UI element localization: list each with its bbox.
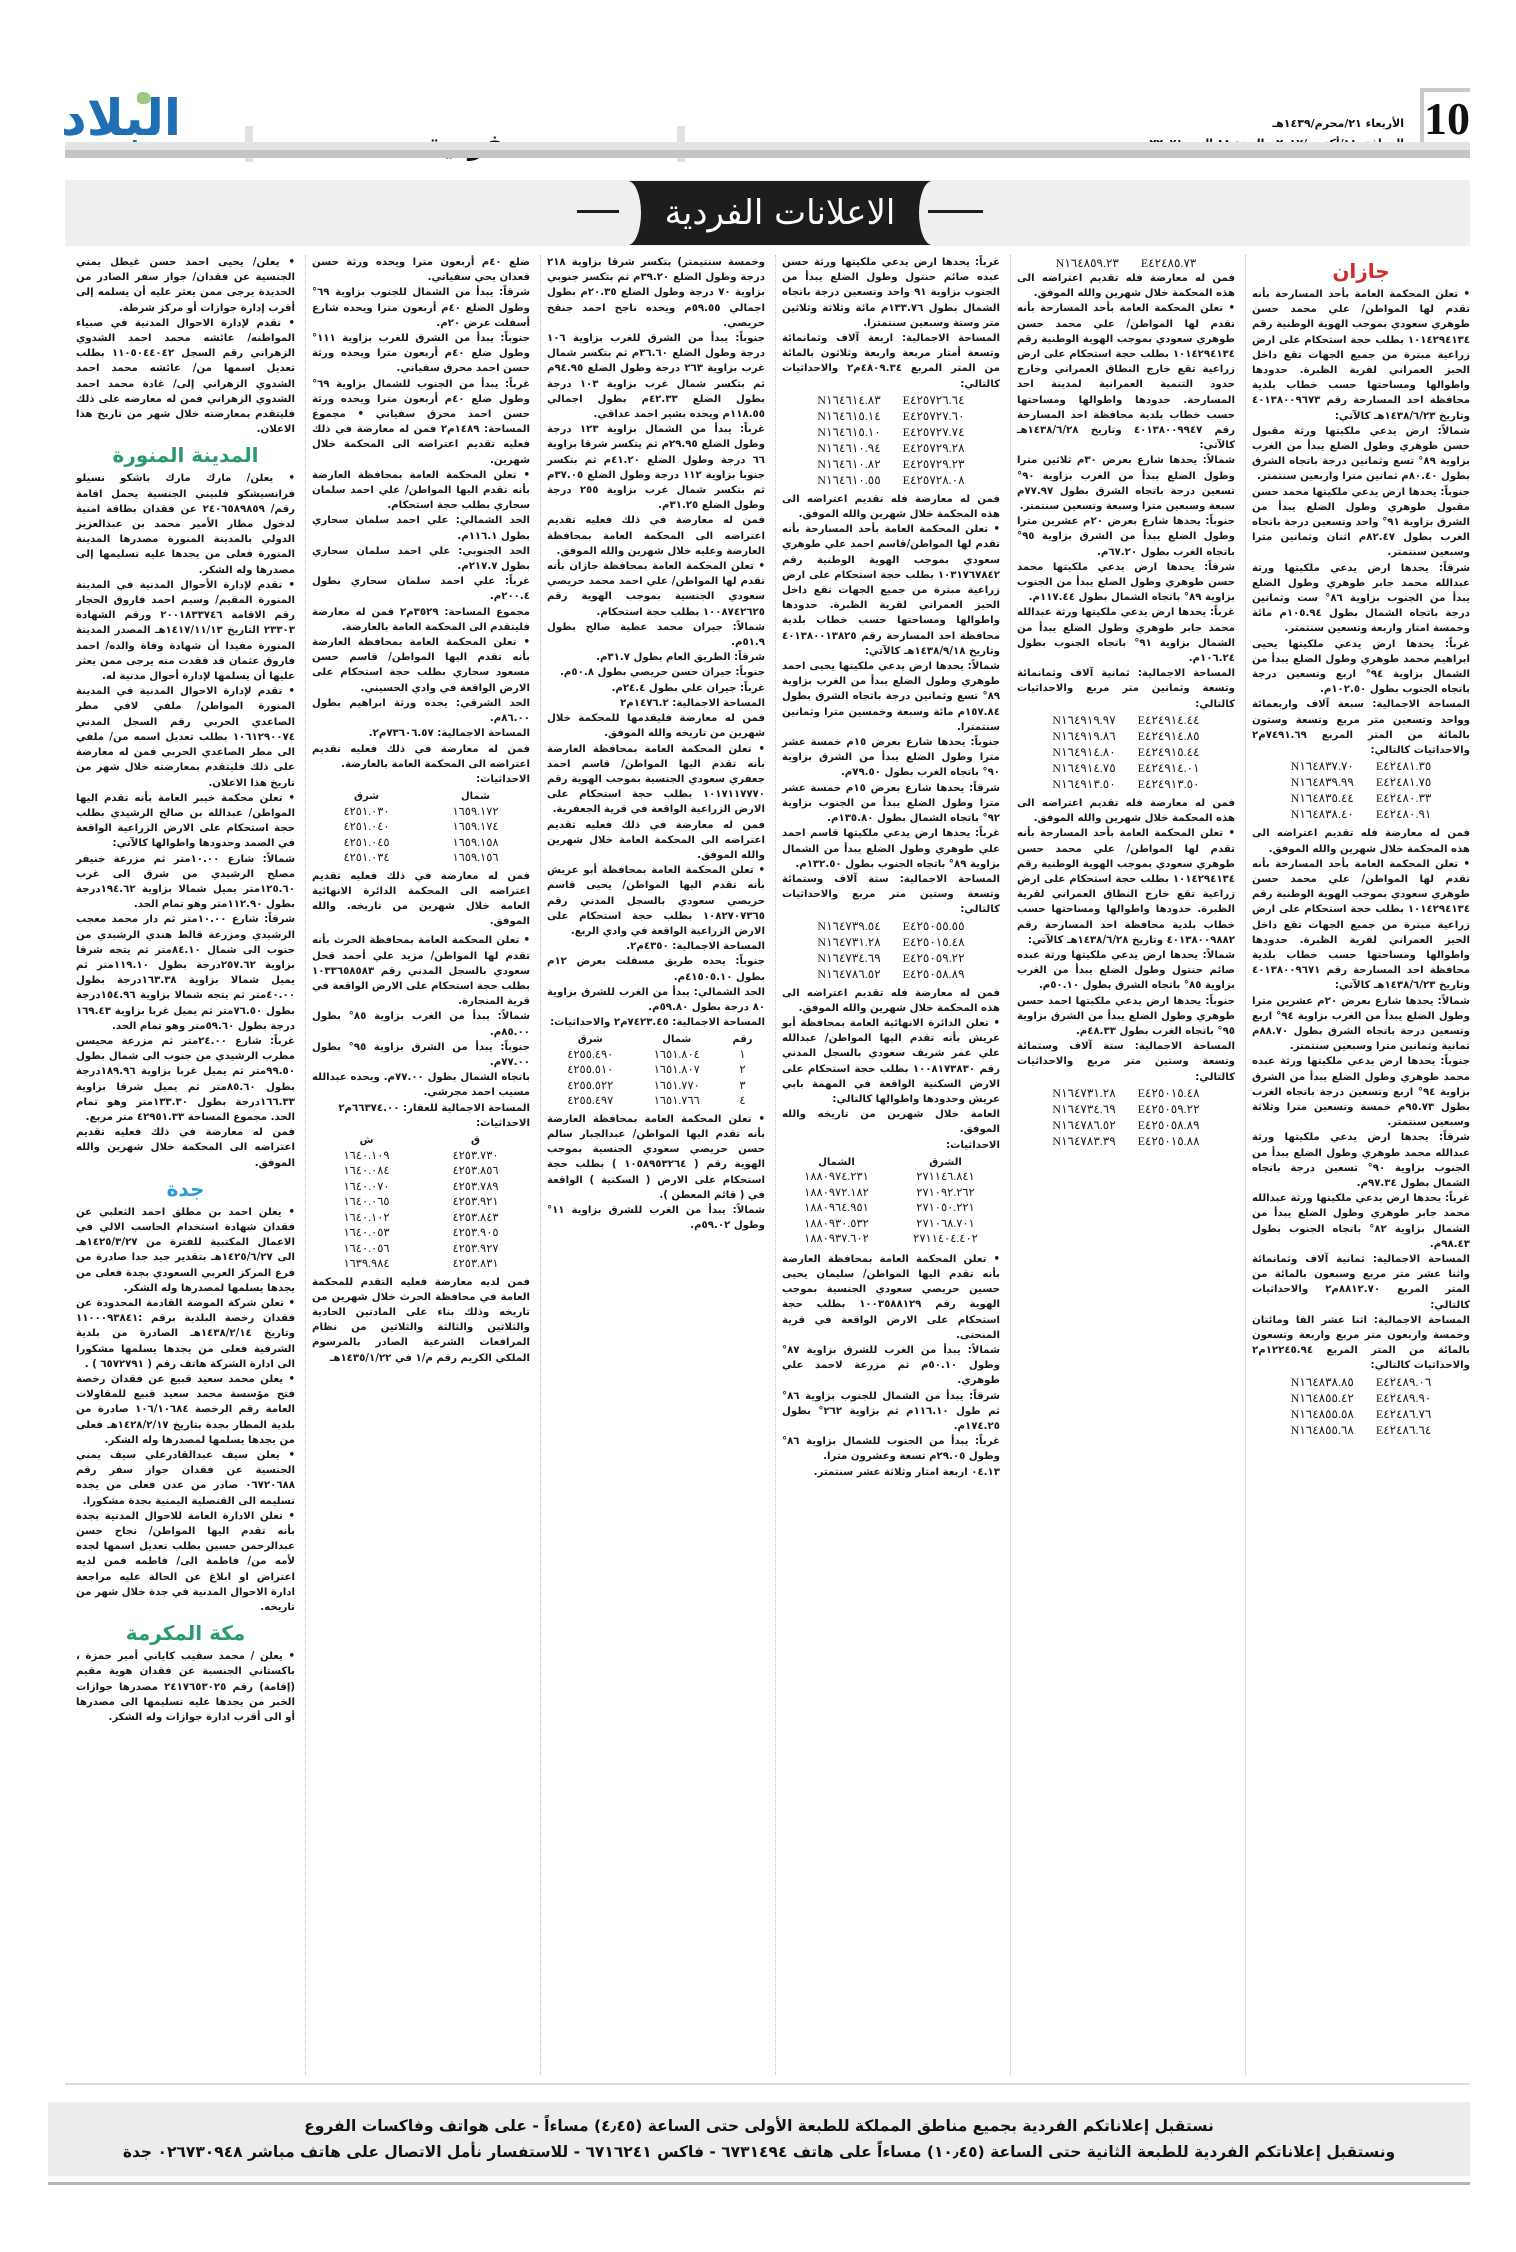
ad-text: جنوباً: يبدأ من الشرق بزاوية ٩٥° بطول ٧٧… (312, 1040, 530, 1070)
header-rule (65, 142, 1470, 150)
ad-text: فمن له معارضة في ذلك فعليه تقديم اعتراضه… (547, 513, 765, 559)
ad-text: المساحة الاجمالية: اثنا عشر الفا ومائتان… (1252, 1313, 1470, 1374)
coordinate-row: N١٦٤٨٣٥.٤٤E٤٢٤٨٠.٣٣ (1252, 790, 1470, 806)
region-heading-jeddah: جدة (76, 1175, 295, 1203)
ad-item: فمن له معارضة فله تقديم اعتراضه الى هذه … (1017, 796, 1235, 1149)
ad-item: فمن له معارضة فله تقديم اعتراضه الى هذه … (782, 986, 1000, 1248)
ad-item: يعلن/ يحيى احمد حسن غيطل يمني الجنسية عن… (76, 255, 295, 437)
ad-text: غرباً: يحدها ارض يدعي ملكيتها ورثة حسن ع… (782, 255, 1000, 331)
coordinate-row: N١٦٤٩١٤.٧٥E٤٢٤٩١٤.٠١ (1017, 760, 1235, 776)
coordinate-row: N١٦٤٨٣٩.٩٩E٤٢٤٨١.٧٥ (1252, 774, 1470, 790)
ad-text: شرقاً: يحدها ارض يدعي ملكيتها محمد حسن ط… (1017, 560, 1235, 606)
coordinate-row: N١٦٤٦١٠.٨٢E٤٢٥٧٢٩.٢٣ (782, 456, 1000, 472)
footer-bottom-rule (48, 2182, 1470, 2185)
ad-text: فمن له معارضة فليقدمها للمحكمة خلال شهري… (547, 711, 765, 741)
ad-text: شرقاً: الطريق العام بطول ٣١.٧م. (547, 650, 765, 665)
coordinate-row: N١٦٤٧٣٩.٥٤E٤٢٥٠٥٥.٥٥ (782, 918, 1000, 934)
ad-text: غرباً: شارع ٢٤.٠٠متر ثم مزرعة محيسن مطرب… (76, 1034, 295, 1125)
coordinates-table: قش ٤٢٥٣.٧٣٠١٦٤٠.١٠٩ ٤٢٥٣.٨٥٦١٦٤٠.٠٨٤ ٤٢٥… (312, 1133, 530, 1273)
ad-text: تقدم لإدارة الاحوال المدنية في صبياء الم… (76, 316, 295, 438)
footer-line-second-edition: ونستقبل إعلاناتكم الفردية للطبعة الثانية… (48, 2139, 1470, 2165)
coordinates-table: رقمشمالشرق ١١٦٥١.٨٠٤٤٢٥٥.٤٩٠ ٢١٦٥١.٨٠٧٤٢… (547, 1032, 765, 1110)
footer-top-rule (65, 2083, 1470, 2085)
coordinate-row: N١٦٤٧٣١.٢٨E٤٢٥٠١٥.٤٨ (782, 934, 1000, 950)
ad-text: الاحداثيات: (782, 1138, 1000, 1153)
ad-text: الحد الشمالي: يبدأ من الغرب للشرق بزاوية… (547, 985, 765, 1015)
ad-text: المساحة الاجمالية: سبعة آلاف واربعمائة و… (1252, 697, 1470, 758)
ad-text: ٠٤.١٣ اربعة امتار وثلاثة عشر سنتمتر. (782, 1465, 1000, 1480)
coordinate-row: N١٦٤٨٣٨.٨٥E٤٢٤٨٩.٠٦ (1252, 1374, 1470, 1390)
column-1: جازان تعلن المحكمة العامة بأحد المسارحة … (1245, 255, 1470, 2075)
ad-text: شمالاً: يحدها ارض يدعي ملكيتها ورثة عبده… (1017, 948, 1235, 994)
ad-text: وخمسة سنتيمتر) بتكسر شرقا بزاوية ٢١٨ درج… (547, 255, 765, 331)
column-2: N١٦٤٨٥٩.٢٣E٤٢٤٨٥.٧٣ فمن له معارضة فله تق… (1010, 255, 1235, 2075)
region-heading-makkah: مكة المكرمة (76, 1619, 295, 1647)
ad-text: ضلع ٤٠م أربعون مترا ويحده ورثة حسن قعدان… (312, 255, 530, 285)
ad-text: شمالاً: يبدأ من الغرب بزاوية ٨٥° بطول ٨٥… (312, 1009, 530, 1039)
ad-text: الاحداثيات: (312, 1116, 530, 1131)
ad-text: فمن له معارضة فله تقديم اعتراضه الى هذه … (1017, 796, 1235, 826)
page-number-box: 10 (1420, 88, 1470, 144)
ad-text: جنوباً: يحدها ارض يدعي ملكيتها ورثة عبده… (1252, 1054, 1470, 1130)
column-3: غرباً: يحدها ارض يدعي ملكيتها ورثة حسن ع… (775, 255, 1000, 2075)
ad-text: تعلن المحكمة العامة بأحد المسارحة بأنه ت… (1252, 287, 1470, 424)
ad-text: فمن له معارضة فله تقديم اعتراضه الى هذه … (782, 986, 1000, 1016)
coordinate-row: N١٦٤٦١٠.٩٤E٤٢٥٧٢٩.٢٨ (782, 440, 1000, 456)
ad-text: تعلن المحكمة العامة بمحافظة الحرث بأنه ت… (312, 933, 530, 1009)
coordinate-row: N١٦٤٨٣٨.٤٠E٤٢٤٨٠.٩١ (1252, 806, 1470, 822)
ad-item: تعلن المحكمة العامة بمحافظة العارضة بأنه… (782, 1252, 1000, 1480)
ad-text: يعلن/ مارك مارك باشكو نسيلو فرانسيشكو فل… (76, 471, 295, 577)
coordinate-row: N١٦٤٧٨٦.٥٢E٤٢٥٠٥٨.٨٩ (782, 966, 1000, 982)
coordinate-row: N١٦٤٩١٩.٩٧E٤٢٤٩١٤.٤٤ (1017, 712, 1235, 728)
ad-text: يعلن محمد سعيد قبيع عن فقدان رخصة فتح مؤ… (76, 1372, 295, 1448)
submission-info-footer: نستقبل إعلاناتكم الفردية بجميع مناطق الم… (48, 2102, 1470, 2176)
ad-text: المساحة الاجمالية: ٧٣٦٠٦.٥٧م٢. (312, 726, 530, 741)
ad-text: المساحة الاجمالية: ١٤٧٦.٢م٢ (547, 696, 765, 711)
ad-text: شمالاً: يبدأ من الغرب للشرق بزاوية ١١° و… (547, 1203, 765, 1233)
ad-text: تعلن الدائرة الانهائية العامة بمحافظة أب… (782, 1016, 1000, 1107)
ad-text: تقدم لإدارة الأحوال المدنية في المدينة ا… (76, 578, 295, 684)
ad-text: فمن له معارضة فله تقديم اعتراضه الى هذه … (1252, 826, 1470, 856)
ad-text: الحد الشمالي: علي احمد سلمان سحاري بطول … (312, 513, 530, 543)
ad-text: المساحة الاجمالية للعقار: ٦٦٣٧٤.٠٠م٢ (312, 1101, 530, 1116)
coordinate-row: N١٦٤٨٥٥.٥٨E٤٢٤٨٦.٧٦ (1252, 1406, 1470, 1422)
coordinate-row: N١٦٤٩١٩.٨٦E٤٢٤٩١٤.٨٥ (1017, 728, 1235, 744)
region-heading-jazan: جازان (1252, 257, 1470, 285)
column-4: وخمسة سنتيمتر) بتكسر شرقا بزاوية ٢١٨ درج… (540, 255, 765, 2075)
ad-text: شمالاً: جيران محمد عطية صالح بطول ٥١.٩م. (547, 620, 765, 650)
coordinate-row: N١٦٤٦١٥.١٤E٤٢٥٧٢٧.٦٠ (782, 408, 1000, 424)
coordinate-row: N١٦٤٧٨٦.٥٢E٤٢٥٠٥٨.٨٩ (1017, 1117, 1235, 1133)
ad-text: فمن له معارضة في ذلك فعليه تقديم اعتراضه… (312, 869, 530, 930)
ad-text: جنوباً: يحدها ارض يدعي ملكيتها محمد حسن … (1252, 485, 1470, 561)
ad-text: شرقاً: يحدها ارض يدعي ملكيتها ورثة عبدال… (1252, 1130, 1470, 1191)
ad-text: يعلن سيف عبدالقادرعلي سيف يمني الجنسية ع… (76, 1448, 295, 1509)
ad-text: جنوباً: يحدها شارع بعرض ١٥م خمسة عشر متر… (782, 735, 1000, 781)
coordinate-row: N١٦٤٩١٣.٥٠E٤٢٤٩١٣.٥٠ (1017, 776, 1235, 792)
ad-text: المساحة الاجمالية: ٧٤٢٣.٤٥م٢ والاحداثيات… (547, 1015, 765, 1030)
ad-item: غرباً: يحدها ارض يدعي ملكيتها ورثة حسن ع… (782, 255, 1000, 488)
footer-line-first-edition: نستقبل إعلاناتكم الفردية بجميع مناطق الم… (48, 2113, 1470, 2139)
ad-text: تعلن المحكمة العامة بأحد المسارحة بأنه ت… (1017, 826, 1235, 948)
ad-text: يعلن/ يحيى احمد حسن غيطل يمني الجنسية عن… (76, 255, 295, 316)
logo-text: البلاد (61, 89, 181, 147)
ad-text: شمالاً: شارع ١٠.٠٠متر ثم مزرعة خنيفر مصل… (76, 852, 295, 913)
ad-text: شمالاً: ارض يدعي ملكيتها ورثة مقبول حسن … (1252, 424, 1470, 485)
coordinate-row: N١٦٤٦١٤.٨٣E٤٢٥٧٢٦.٦٤ (782, 392, 1000, 408)
ad-item: فمن له معارضة فله تقديم اعتراضه الى هذه … (1017, 271, 1235, 792)
ad-text: شمالاً: يحدها ارض يدعي ملكيتها يحيى احمد… (782, 659, 1000, 735)
ad-text: شرقاً: يبدأ من الشمال للجنوب بزاوية ٨٦° … (782, 1389, 1000, 1435)
ad-text: فمن لديه معارضة فعليه التقدم للمحكمة الع… (312, 1275, 530, 1366)
ad-text: تعلن المحكمة العامة بمحافظة جازان بأنه ت… (547, 559, 765, 620)
ad-text: فمن له معارضة فله تقديم اعتراضه الى هذه … (782, 492, 1000, 522)
ad-text: تعلن الادارة العامة للاحوال المدنية بجدة… (76, 1509, 295, 1615)
coordinate-row: N١٦٤٩١٤.٨٠E٤٢٤٩١٥.٤٤ (1017, 744, 1235, 760)
coordinate-row: N١٦٤٦١٥.١٠E٤٢٥٧٢٧.٧٤ (782, 424, 1000, 440)
coordinate-row: N١٦٤٧٣٤.٦٩E٤٢٥٠٥٩.٢٢ (782, 950, 1000, 966)
ad-text: تعلن المحكمة العامة بمحافظة أبو عريش بأن… (547, 863, 765, 939)
ad-text: يعلن احمد بن مطلق احمد الثعلبي عن فقدان … (76, 1205, 295, 1296)
newspaper-logo[interactable]: البلاد (71, 88, 181, 148)
ad-text: المساحة الاجمالية: ثمانية آلاف وثمانمائة… (1017, 666, 1235, 712)
ad-item: تعلن المحكمة العامة بمحافظة الحرث بأنه ت… (312, 933, 530, 1365)
coordinate-row: N١٦٤٧٣٤.٦٩E٤٢٥٠٥٩.٢٢ (1017, 1101, 1235, 1117)
header-rule-dark (65, 150, 1470, 158)
ad-text: تعلن المحكمة العامة بأحد المسارحة بأنه ت… (1017, 301, 1235, 453)
ad-text: شرقاً: يحدها شارع بعرض ١٥م خمسة عشر مترا… (782, 781, 1000, 827)
banner-title: الاعلانات الفردية (665, 193, 896, 233)
ad-item: يعلن / محمد سقيب كاياني أمير حمزة ، باكس… (76, 1649, 295, 1725)
ad-text: شمالاً: يحدها شارع بعرض ٢٠م عشرين مترا و… (1252, 994, 1470, 1055)
coordinate-row: N١٦٤٦١٠.٥٥E٤٢٥٧٢٨.٠٨ (782, 472, 1000, 488)
ad-text: فمن له معارضة فله تقديم اعتراضه الى هذه … (1017, 271, 1235, 301)
ad-text: غرباً: يبدأ من الشمال بزاوية ١٢٣ درجة وط… (547, 422, 765, 513)
ad-item: وخمسة سنتيمتر) بتكسر شرقا بزاوية ٢١٨ درج… (547, 255, 765, 1233)
ad-text: فمن له معارضة في ذلك فعليه تقديم اعتراضه… (547, 818, 765, 864)
ad-text: غرباً: يحدها ارض يدعي ملكيتها ورثة عبدال… (1017, 605, 1235, 666)
ad-text: غرباً: يحدها ارض يدعي ملكيتها ورثة عبدال… (1252, 1191, 1470, 1252)
ad-text: الاحداثيات: (312, 772, 530, 787)
ad-text: جنوباً: يحدها ارض يدعي ملكيتها احمد حسن … (1017, 994, 1235, 1040)
ad-text: فمن له معارضة في ذلك فعليه تقديم اعتراضه… (76, 1125, 295, 1171)
ad-item: فمن له معارضة فله تقديم اعتراضه الى هذه … (1252, 826, 1470, 1437)
date-hijri: الأربعاء ٢١/محرم/١٤٣٩هـ (1149, 114, 1404, 134)
ad-text: جنوباً: يبدأ من الشرق للغرب بزاوية ١٠٦ د… (547, 331, 765, 422)
ad-text: المساحة الاجمالية: اربعة آلاف وثمانمائة … (782, 331, 1000, 392)
ad-text: فمن له معارضة في ذلك فعليه تقديم اعتراضه… (312, 742, 530, 772)
region-heading-madinah: المدينة المنورة (76, 441, 295, 469)
banner-ornament-left (619, 181, 641, 245)
ad-text: جنوباً: جيران حسن حريصي بطول ٥٠.٨م. (547, 665, 765, 680)
ad-item: يعلن/ مارك مارك باشكو نسيلو فرانسيشكو فل… (76, 471, 295, 1170)
column-5: ضلع ٤٠م أربعون مترا ويحده ورثة حسن قعدان… (305, 255, 530, 2075)
ad-text: شرقاً: شارع ١٠.٠٠متر ثم دار محمد معجب ال… (76, 912, 295, 1034)
classifieds-columns: جازان تعلن المحكمة العامة بأحد المسارحة … (65, 255, 1470, 2075)
ad-text: شمالاً: يحدها شارع بعرض ٣٠م ثلاثين مترا … (1017, 453, 1235, 514)
ad-text: غرباً: جيران علي بطول ٢٤.٤م. (547, 681, 765, 696)
ad-text: تعلن المحكمة العامة بمحافظة العارضة بأنه… (547, 742, 765, 818)
ad-text: العامة خلال شهرين من تاريخه والله الموفق… (782, 1107, 1000, 1137)
coordinates-table: الشرقالشمال ٢٧١١٤٦.٨٤١١٨٨٠٩٧٤.٢٣١ ٢٧١٠٩٢… (782, 1155, 1000, 1248)
ad-text: تعلن المحكمة العامة بمحافظة العارضة بأنه… (312, 468, 530, 514)
ad-text: شرقاً: يبدأ من الشمال للجنوب بزاوية ٦٩° … (312, 285, 530, 331)
saudi-map-icon (137, 92, 151, 104)
ad-text: غرباً: يبدأ من الجنوب للشمال بزاوية ٦٩° … (312, 377, 530, 468)
ad-item: ضلع ٤٠م أربعون مترا ويحده ورثة حسن قعدان… (312, 255, 530, 929)
ad-text: يعلن / محمد سقيب كاياني أمير حمزة ، باكس… (76, 1649, 295, 1725)
ad-text: جنوباً: يحدها شارع بعرض ٢٠م عشرين مترا و… (1017, 514, 1235, 560)
classifieds-banner: الاعلانات الفردية (625, 181, 935, 245)
ad-text: الحد الشرقي: يحده ورثة ابراهيم بطول ٨٦.٠… (312, 696, 530, 726)
ad-text: المساحة الاجمالية: ستة آلاف وستمائة وتسع… (782, 872, 1000, 918)
page-number: 10 (1424, 92, 1470, 145)
ad-text: المساحة الاجمالية: ثمانية آلاف وثمانمائة… (1252, 1252, 1470, 1313)
ad-text: المساحة الاجمالية: ٤٣٥٠م٢. (547, 939, 765, 954)
ad-text: باتجاه الشمال بطول ٧٧.٠٠م. ويحده عبدالله… (312, 1070, 530, 1100)
coordinate-row: N١٦٤٧٨٣.٣٩E٤٢٥٠١٥.٨٨ (1017, 1133, 1235, 1149)
ad-item: فمن له معارضة فله تقديم اعتراضه الى هذه … (782, 492, 1000, 982)
ad-text: تعلن المحكمة العامة بأحد المسارحة بأنه ت… (1252, 857, 1470, 994)
ad-text: شمالاً: يبدأ من الغرب للشرق بزاوية ٨٧° و… (782, 1343, 1000, 1389)
ad-text: غرباً: يحدها ارض يدعي ملكيتها قاسم احمد … (782, 826, 1000, 872)
ad-text: شرقاً: يحدها ارض يدعي ملكيتها ورثة عبدال… (1252, 561, 1470, 637)
ad-item: تعلن المحكمة العامة بأحد المسارحة بأنه ت… (1252, 287, 1470, 822)
ad-text: جنوباً: يحده طريق مسفلت بعرض ١٢م بطول ٤١… (547, 954, 765, 984)
ad-text: تعلن المحكمة العامة بمحافظة العارضة بأنه… (782, 1252, 1000, 1343)
ad-text: تعلن المحكمة العامة بأحد المسارحة بأنه ت… (782, 522, 1000, 659)
ad-text: مجموع المساحة: ٣٥٢٩م٢ فمن له معارضة فليت… (312, 605, 530, 635)
ad-item: يعلن احمد بن مطلق احمد الثعلبي عن فقدان … (76, 1205, 295, 1615)
coordinate-row: N١٦٤٧٣١.٢٨E٤٢٥٠١٥.٤٨ (1017, 1085, 1235, 1101)
ad-text: جنوباً: يبدأ من الشرق للغرب بزاوية ١١١° … (312, 331, 530, 377)
ad-text: تعلن شركة الموضة القادمة المحدودة عن فقد… (76, 1296, 295, 1372)
column-6: يعلن/ يحيى احمد حسن غيطل يمني الجنسية عن… (70, 255, 295, 2075)
ad-text: تعلن المحكمة العامة بمحافظة العارضة بأنه… (312, 635, 530, 696)
ad-text: غرباً: يحدها ارض يدعي ملكيتها يحيى ابراه… (1252, 637, 1470, 698)
coordinate-row: N١٦٤٨٥٩.٢٣E٤٢٤٨٥.٧٣ (1017, 255, 1235, 271)
ad-text: تعلن محكمة خيبر العامة بأنه تقدم اليها ا… (76, 791, 295, 852)
ad-text: تقدم لإدارة الاحوال المدنية في المدينة ا… (76, 684, 295, 790)
ad-text: الحد الجنوبي: علي احمد سلمان سحاري بطول … (312, 544, 530, 574)
coordinate-row: N١٦٤٨٥٥.٤٢E٤٢٤٨٩.٩٠ (1252, 1390, 1470, 1406)
coordinate-row: N١٦٤٨٣٧.٧٠E٤٢٤٨١.٣٥ (1252, 758, 1470, 774)
coordinate-row: N١٦٤٨٥٥.٦٨E٤٢٤٨٦.٦٤ (1252, 1422, 1470, 1438)
coordinates-table: شمالشرق ١٦٥٩.١٧٢٤٢٥١.٠٣٠ ١٦٥٩.١٧٤٤٢٥١.٠٤… (312, 789, 530, 867)
ad-text: غرباً: علي احمد سلمان سحاري بطول ٢٠٠.٤م. (312, 574, 530, 604)
ad-text: المساحة الاجمالية: ستة آلاف وستمائة وتسع… (1017, 1039, 1235, 1085)
banner-ornament-right (919, 181, 941, 245)
ad-text: غرباً: يبدأ من الجنوب للشمال بزاوية ٨٦° … (782, 1434, 1000, 1464)
ad-text: تعلن المحكمة العامة بمحافظة العارضة بأنه… (547, 1112, 765, 1203)
